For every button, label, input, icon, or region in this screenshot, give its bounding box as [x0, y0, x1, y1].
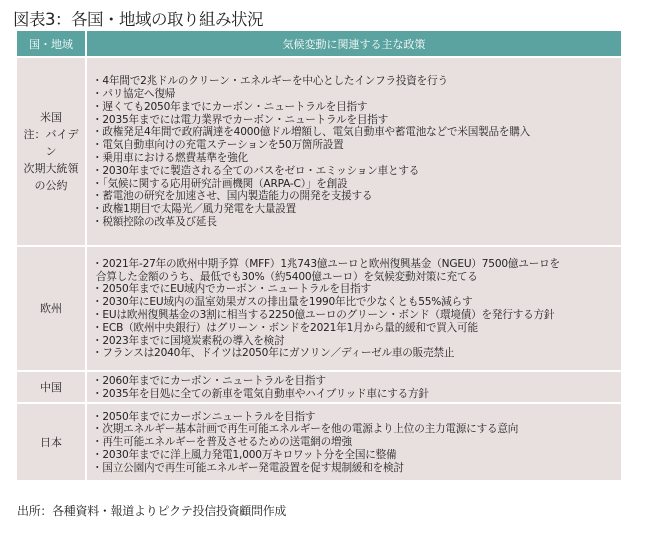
- policy-item: ・政権発足4年間で政府調達を4000億ドル増額し、電気自動車や蓄電池などで米国製…: [92, 126, 618, 139]
- region-note: の公約: [19, 177, 83, 194]
- policy-cell-us: ・4年間で2兆ドルのクリーン・エネルギーを中心としたインフラ投資を行う ・パリ協…: [86, 57, 622, 246]
- figure-title: 図表3：各国・地域の取り組み状況: [13, 6, 263, 30]
- region-cell-japan: 日本: [16, 403, 86, 481]
- policy-item: ・2050年までにEU域内でカーボン・ニュートラルを目指す: [92, 283, 618, 296]
- source-note: 出所：各種資料・報道よりピクテ投信投資顧問作成: [17, 502, 286, 519]
- policy-item: ・政権1期目で太陽光／風力発電を大量設置: [92, 203, 618, 216]
- policy-item: ・2030年にEU域内の温室効果ガスの排出量を1990年比で少なくとも55%減ら…: [92, 296, 618, 309]
- policy-item: ・乗用車における燃費基準を強化: [92, 152, 618, 165]
- region-label: 日本: [19, 434, 83, 451]
- table-row-china: 中国 ・2060年までにカーボン・ニュートラルを目指す ・2035年を目処に全て…: [16, 371, 622, 403]
- policy-item: ・2035年までには電力業界でカーボン・ニュートラルを目指す: [92, 114, 618, 127]
- region-note: 次期大統領: [19, 160, 83, 177]
- policy-item: ・ECB（欧州中央銀行）はグリーン・ボンドを2021年1月から量的緩和で買入可能: [92, 322, 618, 335]
- policy-item-continuation: 合算した金額のうち、最低でも30%（約5400億ユーロ）を気候変動対策に充てる: [92, 271, 618, 284]
- region-label: 欧州: [19, 300, 83, 317]
- policy-item: ・4年間で2兆ドルのクリーン・エネルギーを中心としたインフラ投資を行う: [92, 75, 618, 88]
- table-row-us: 米国 注：バイデン 次期大統領 の公約 ・4年間で2兆ドルのクリーン・エネルギー…: [16, 57, 622, 246]
- table-row-japan: 日本 ・2050年までにカーボンニュートラルを目指す ・次期エネルギー基本計画で…: [16, 403, 622, 481]
- region-note: 注：バイデン: [19, 126, 83, 160]
- region-cell-china: 中国: [16, 371, 86, 403]
- policy-item: ・2050年までにカーボンニュートラルを目指す: [92, 411, 618, 424]
- policy-item: ・「気候に関する応用研究計画機関（ARPA-C）」を創設: [92, 178, 618, 191]
- policy-cell-china: ・2060年までにカーボン・ニュートラルを目指す ・2035年を目処に全ての新車…: [86, 371, 622, 403]
- policy-item: ・パリ協定へ復帰: [92, 88, 618, 101]
- policy-item: ・EUは欧州復興基金の3割に相当する2250億ユーロのグリーン・ボンド（環境債）…: [92, 309, 618, 322]
- header-policies: 気候変動に関連する主な政策: [86, 30, 622, 57]
- policy-item: ・2021年-27年の欧州中期予算（MFF）1兆743億ユーロと欧州復興基金（N…: [92, 258, 618, 271]
- policy-item: ・2030年までに製造される全てのバスをゼロ・エミッション車とする: [92, 165, 618, 178]
- policy-cell-japan: ・2050年までにカーボンニュートラルを目指す ・次期エネルギー基本計画で再生可…: [86, 403, 622, 481]
- region-cell-us: 米国 注：バイデン 次期大統領 の公約: [16, 57, 86, 246]
- policy-item: ・2030年までに洋上風力発電1,000万キロワット分を全国に整備: [92, 449, 618, 462]
- policy-table: 国・地域 気候変動に関連する主な政策 米国 注：バイデン 次期大統領 の公約 ・…: [15, 29, 623, 482]
- policy-item: ・税額控除の改革及び延長: [92, 216, 618, 229]
- policy-item: ・再生可能エネルギーを普及させるための送電網の増強: [92, 436, 618, 449]
- policy-item: ・遅くても2050年までにカーボン・ニュートラルを目指す: [92, 101, 618, 114]
- policy-item: ・2023年までに国境炭素税の導入を検討: [92, 335, 618, 348]
- region-cell-europe: 欧州: [16, 246, 86, 371]
- policy-item: ・蓄電池の研究を加速させ、国内製造能力の開発を支援する: [92, 190, 618, 203]
- region-label: 米国: [19, 109, 83, 126]
- policy-item: ・2060年までにカーボン・ニュートラルを目指す: [92, 375, 618, 388]
- policy-cell-europe: ・2021年-27年の欧州中期予算（MFF）1兆743億ユーロと欧州復興基金（N…: [86, 246, 622, 371]
- policy-item: ・フランスは2040年、ドイツは2050年にガソリン／ディーゼル車の販売禁止: [92, 347, 618, 360]
- table-header-row: 国・地域 気候変動に関連する主な政策: [16, 30, 622, 57]
- header-region: 国・地域: [16, 30, 86, 57]
- region-label: 中国: [19, 379, 83, 396]
- policy-item: ・電気自動車向けの充電ステーションを50万箇所設置: [92, 139, 618, 152]
- table-row-europe: 欧州 ・2021年-27年の欧州中期予算（MFF）1兆743億ユーロと欧州復興基…: [16, 246, 622, 371]
- policy-item: ・2035年を目処に全ての新車を電気自動車やハイブリッド車にする方針: [92, 388, 618, 401]
- policy-item: ・国立公園内で再生可能エネルギー発電設置を促す規制緩和を検討: [92, 462, 618, 475]
- policy-item: ・次期エネルギー基本計画で再生可能エネルギーを他の電源より上位の主力電源にする意…: [92, 423, 618, 436]
